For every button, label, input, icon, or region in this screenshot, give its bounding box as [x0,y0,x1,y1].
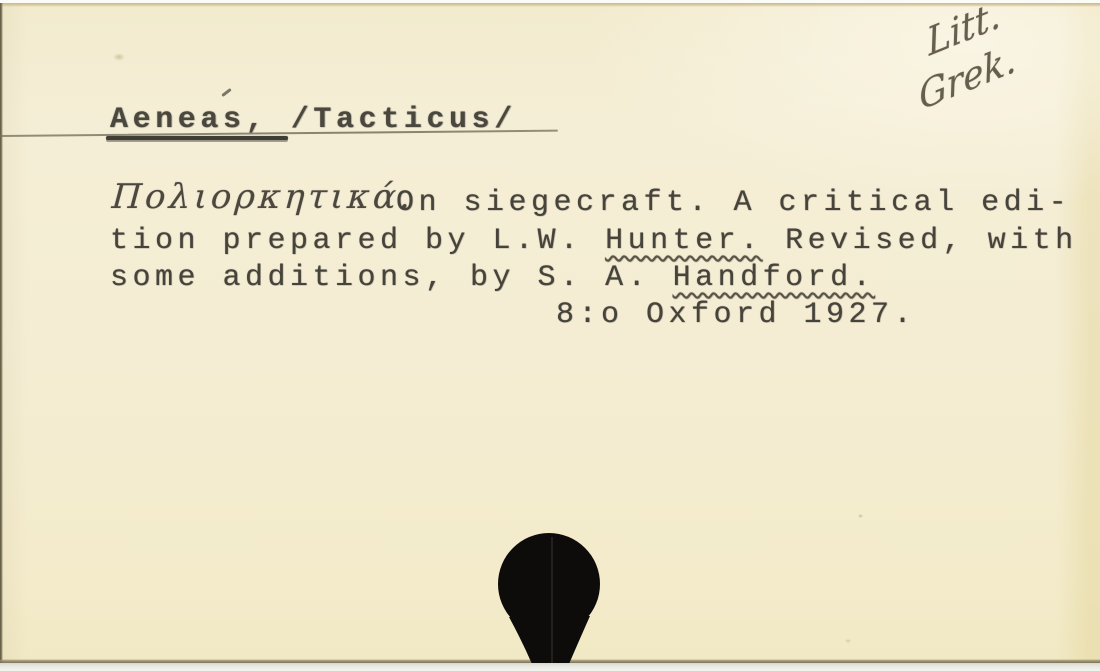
body-line-1: On siegecraft. A critical edi- [396,186,1071,220]
card-edge-left [0,3,3,663]
body-line-2-pre: tion prepared by L.W. [110,224,605,258]
classification-note-handwritten: Litt. Grek. [924,0,1100,115]
scan-edge-bottom [0,663,1100,671]
stray-accent-mark [221,88,232,97]
paper-speck [858,514,863,518]
greek-title-handwritten: Πολιορκητικά. [111,177,416,217]
card-edge-top [0,3,1100,7]
heading-underline [106,136,288,140]
card-heading: Aeneas, /Tacticus/ [110,103,517,137]
keyhole-punch-icon [478,531,630,669]
body-line-2: tion prepared by L.W. Hunter. Revised, w… [110,224,1078,258]
body-line-3: some additions, by S. A. Handford. [110,261,875,295]
catalog-card-scan: Aeneas, /Tacticus/ Πολιορκητικά. On sieg… [0,0,1100,671]
body-line-3-pre: some additions, by S. A. [110,261,673,295]
paper-speck [113,53,125,61]
index-card: Aeneas, /Tacticus/ Πολιορκητικά. On sieg… [0,3,1100,663]
imprint-line: 8:o Oxford 1927. [556,298,916,332]
author-handford-underlined: Handford. [673,261,876,295]
keyhole-seam-line [551,537,553,664]
paper-speck [845,639,851,643]
body-line-2-post: Revised, with [763,224,1078,258]
author-hunter-underlined: Hunter. [605,224,763,258]
